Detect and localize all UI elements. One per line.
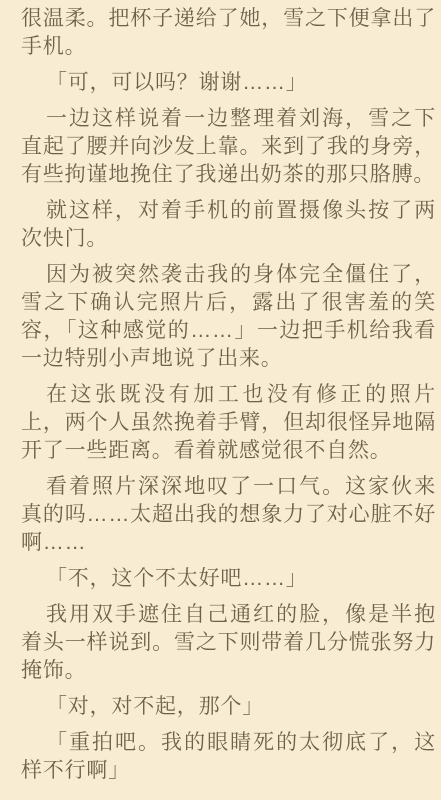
reader-page[interactable]: 很温柔。把杯子递给了她，雪之下便拿出了手机。 「可，可以吗？谢谢……」 一边这样… xyxy=(0,0,441,800)
paragraph: 「对，对不起，那个」 xyxy=(21,693,436,721)
paragraph: 因为被突然袭击我的身体完全僵住了，雪之下确认完照片后，露出了很害羞的笑容，「这种… xyxy=(21,261,436,373)
paragraph: 在这张既没有加工也没有修正的照片上，两个人虽然挽着手臂，但却很怪异地隔开了一些距… xyxy=(21,381,436,465)
paragraph: 「重拍吧。我的眼睛死的太彻底了，这样不行啊」 xyxy=(21,729,436,785)
paragraph: 就这样，对着手机的前置摄像头按了两次快门。 xyxy=(21,197,436,253)
paragraph: 看着照片深深地叹了一口气。这家伙来真的吗……太超出我的想象力了对心脏不好啊…… xyxy=(21,473,436,557)
paragraph: 「可，可以吗？谢谢……」 xyxy=(21,69,436,97)
paragraph: 很温柔。把杯子递给了她，雪之下便拿出了手机。 xyxy=(21,5,436,61)
paragraph: 「不，这个不太好吧……」 xyxy=(21,565,436,593)
paragraph: 一边这样说着一边整理着刘海，雪之下直起了腰并向沙发上靠。来到了我的身旁，有些拘谨… xyxy=(21,105,436,189)
paragraph: 我用双手遮住自己通红的脸，像是半抱着头一样说到。雪之下则带着几分慌张努力掩饰。 xyxy=(21,601,436,685)
